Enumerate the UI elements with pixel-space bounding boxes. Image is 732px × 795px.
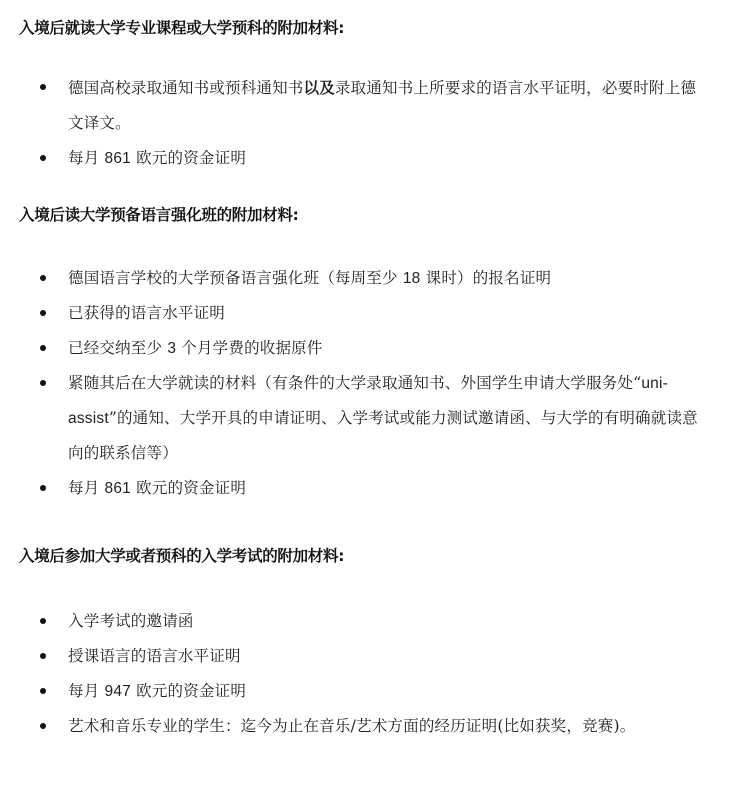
list-item: 艺术和音乐专业的学生：迄今为止在音乐/艺术方面的经历证明(比如获奖，竞赛)。 [0, 709, 732, 744]
section-heading: 入境后读大学预备语言强化班的附加材料: [19, 205, 299, 225]
list-item: 紧随其后在大学就读的材料（有条件的大学录取通知书、外国学生申请大学服务处“uni… [0, 366, 732, 471]
requirements-list: 德国高校录取通知书或预科通知书以及录取通知书上所要求的语言水平证明，必要时附上德… [0, 70, 732, 176]
section-heading: 入境后就读大学专业课程或大学预科的附加材料: [19, 18, 344, 38]
bullet-icon [40, 653, 46, 659]
list-item: 已获得的语言水平证明 [0, 296, 732, 331]
item-text: 每月 947 欧元的资金证明 [68, 682, 246, 700]
list-item: 每月 861 欧元的资金证明 [0, 471, 732, 506]
bullet-icon [40, 723, 46, 729]
item-text: 紧随其后在大学就读的材料（有条件的大学录取通知书、外国学生申请大学服务处“uni… [68, 374, 698, 462]
list-item: 已经交纳至少 3 个月学费的收据原件 [0, 331, 732, 366]
list-item: 入学考试的邀请函 [0, 604, 732, 639]
bullet-icon [40, 84, 46, 90]
item-text: 入学考试的邀请函 [68, 612, 194, 630]
item-text: 每月 861 欧元的资金证明 [68, 479, 246, 497]
list-item: 每月 861 欧元的资金证明 [0, 141, 732, 176]
list-item: 授课语言的语言水平证明 [0, 639, 732, 674]
bullet-icon [40, 485, 46, 491]
requirements-list: 德国语言学校的大学预备语言强化班（每周至少 18 课时）的报名证明 已获得的语言… [0, 261, 732, 506]
bullet-icon [40, 618, 46, 624]
item-text: 德国语言学校的大学预备语言强化班（每周至少 18 课时）的报名证明 [68, 269, 551, 287]
item-text: 已经交纳至少 3 个月学费的收据原件 [68, 339, 323, 357]
item-text: 德国高校录取通知书或预科通知书以及录取通知书上所要求的语言水平证明，必要时附上德… [68, 79, 696, 132]
bullet-icon [40, 155, 46, 161]
item-text: 艺术和音乐专业的学生：迄今为止在音乐/艺术方面的经历证明(比如获奖，竞赛)。 [68, 717, 635, 735]
bullet-icon [40, 275, 46, 281]
requirements-list: 入学考试的邀请函 授课语言的语言水平证明 每月 947 欧元的资金证明 艺术和音… [0, 604, 732, 744]
list-item: 德国语言学校的大学预备语言强化班（每周至少 18 课时）的报名证明 [0, 261, 732, 296]
bullet-icon [40, 380, 46, 386]
item-text: 已获得的语言水平证明 [68, 304, 225, 322]
bullet-icon [40, 345, 46, 351]
section-heading: 入境后参加大学或者预科的入学考试的附加材料: [19, 546, 344, 566]
list-item: 德国高校录取通知书或预科通知书以及录取通知书上所要求的语言水平证明，必要时附上德… [0, 70, 732, 141]
bullet-icon [40, 688, 46, 694]
bullet-icon [40, 310, 46, 316]
emphasis-text: 以及 [304, 78, 335, 97]
item-text: 授课语言的语言水平证明 [68, 647, 241, 665]
list-item: 每月 947 欧元的资金证明 [0, 674, 732, 709]
item-text: 每月 861 欧元的资金证明 [68, 149, 246, 167]
